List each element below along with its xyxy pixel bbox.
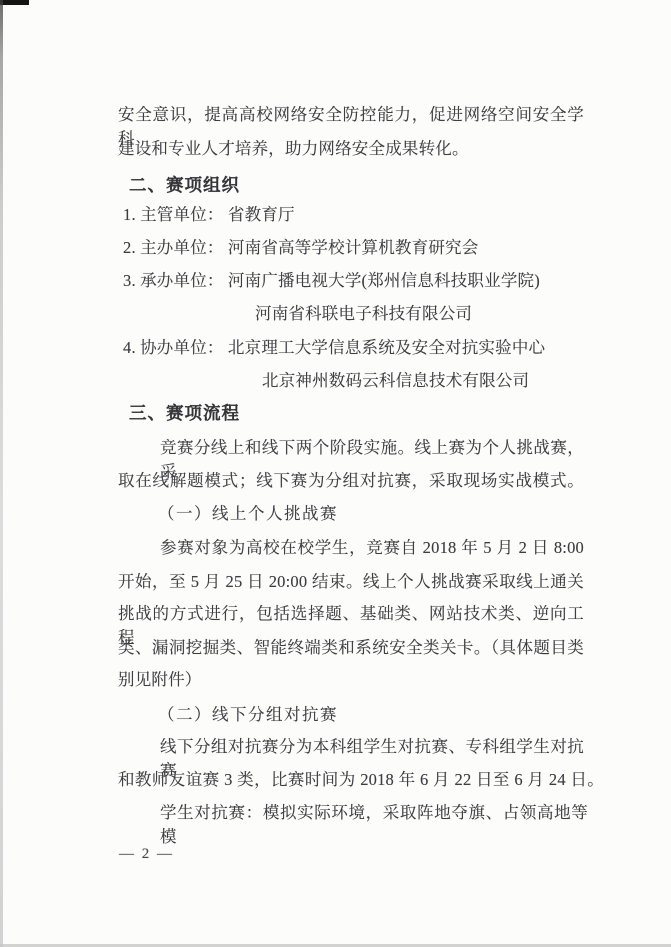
body-line: 类、漏洞挖掘类、智能终端类和系统安全类关卡。（具体题目类 bbox=[118, 636, 584, 660]
subsection-heading-1: （一）线上个人挑战赛 bbox=[158, 502, 338, 526]
section-heading-3: 三、赛项流程 bbox=[129, 401, 240, 425]
document-page: 安全意识，提高高校网络安全防控能力，促进网络空间安全学科 建设和专业人才培养，助… bbox=[0, 0, 671, 947]
body-line: 建设和专业人才培养，助力网络安全成果转化。 bbox=[118, 137, 469, 161]
list-item-continuation: 河南省科联电子科技有限公司 bbox=[255, 302, 472, 326]
scan-left-edge bbox=[0, 0, 3, 947]
body-line: 参赛对象为高校在校学生，竞赛自 2018 年 5 月 2 日 8:00 bbox=[160, 536, 584, 560]
list-item-coorganizer: 4. 协办单位： 北京理工大学信息系统及安全对抗实验中心 bbox=[123, 336, 545, 360]
body-line: 取在线解题模式；线下赛为分组对抗赛，采取现场实战模式。 bbox=[118, 469, 584, 493]
list-item-organizer: 3. 承办单位： 河南广播电视大学(郑州信息科技职业学院) bbox=[123, 269, 540, 293]
page-number: — 2 — bbox=[119, 842, 174, 866]
body-line: 别见附件） bbox=[118, 668, 202, 692]
subsection-heading-2: （二）线下分组对抗赛 bbox=[158, 703, 338, 727]
body-line: 学生对抗赛：模拟实际环境，采取阵地夺旗、占领高地等模 bbox=[160, 801, 588, 849]
list-item-host: 2. 主办单位： 河南省高等学校计算机教育研究会 bbox=[123, 236, 478, 260]
list-item-continuation: 北京神州数码云科信息技术有限公司 bbox=[262, 369, 529, 393]
section-heading-2: 二、赛项组织 bbox=[129, 173, 240, 197]
body-line: 开始，至 5 月 25 日 20:00 结束。线上个人挑战赛采取线上通关 bbox=[118, 570, 584, 594]
list-item-supervisor: 1. 主管单位： 省教育厅 bbox=[123, 203, 295, 227]
scan-corner-mark bbox=[0, 0, 29, 5]
body-line: 和教师友谊赛 3 类，比赛时间为 2018 年 6 月 22 日至 6 月 24… bbox=[118, 768, 604, 792]
